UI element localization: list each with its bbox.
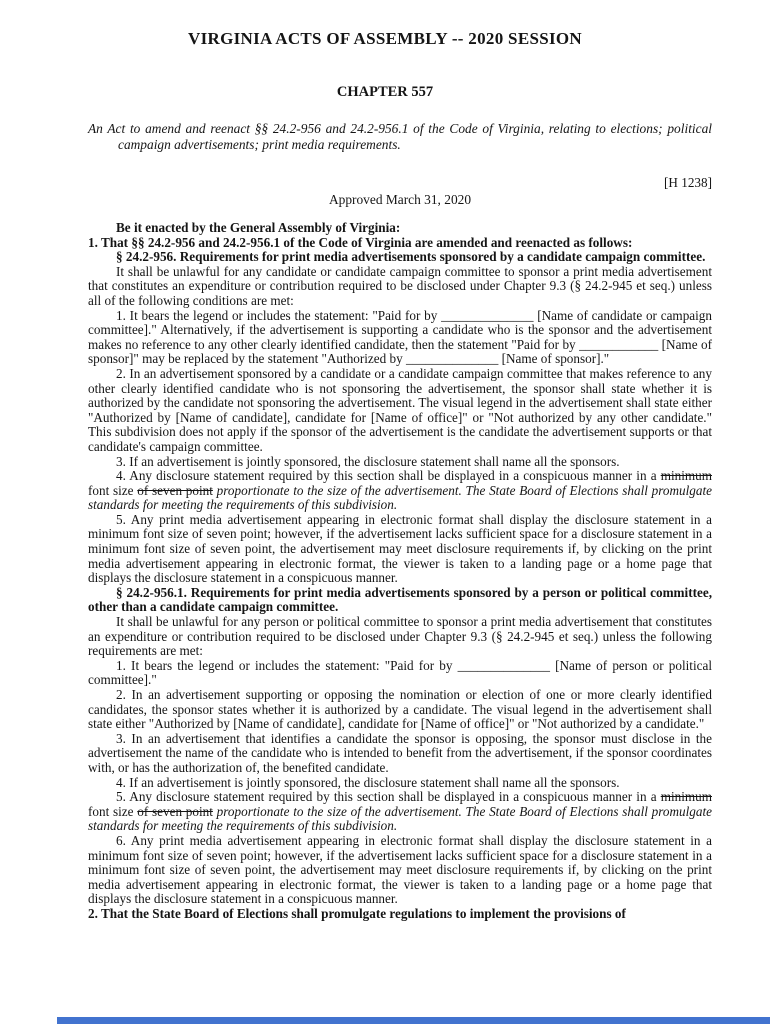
document-page: VIRGINIA ACTS OF ASSEMBLY -- 2020 SESSIO… <box>0 0 770 1024</box>
act-body: Be it enacted by the General Assembly of… <box>88 221 712 922</box>
956-1-item-6: 6. Any print media advertisement appeari… <box>88 834 712 907</box>
bill-number: [H 1238] <box>88 175 712 191</box>
act-description: An Act to amend and reenact §§ 24.2-956 … <box>88 121 712 152</box>
956-item-5: 5. Any print media advertisement appeari… <box>88 513 712 586</box>
chapter-heading: CHAPTER 557 <box>0 84 770 101</box>
956-item-2: 2. In an advertisement sponsored by a ca… <box>88 367 712 455</box>
enacting-clause: Be it enacted by the General Assembly of… <box>88 221 712 236</box>
956-intro: It shall be unlawful for any candidate o… <box>88 265 712 309</box>
956-item-1: 1. It bears the legend or includes the s… <box>88 309 712 367</box>
956-item-3: 3. If an advertisement is jointly sponso… <box>88 455 712 470</box>
956-1-item-3: 3. In an advertisement that identifies a… <box>88 732 712 776</box>
heading-24-2-956-1: § 24.2-956.1. Requirements for print med… <box>88 586 712 615</box>
956-1-item-1: 1. It bears the legend or includes the s… <box>88 659 712 688</box>
956-1-item-2: 2. In an advertisement supporting or opp… <box>88 688 712 732</box>
section-1-lead: 1. That §§ 24.2-956 and 24.2-956.1 of th… <box>88 236 712 251</box>
approved-date: Approved March 31, 2020 <box>88 192 712 208</box>
section-2-lead: 2. That the State Board of Elections sha… <box>88 907 712 922</box>
956-1-intro: It shall be unlawful for any person or p… <box>88 615 712 659</box>
956-1-item-5: 5. Any disclosure statement required by … <box>88 790 712 834</box>
956-1-item-4: 4. If an advertisement is jointly sponso… <box>88 776 712 791</box>
heading-24-2-956: § 24.2-956. Requirements for print media… <box>88 250 712 265</box>
selection-highlight-bar <box>57 1017 770 1024</box>
956-item-4: 4. Any disclosure statement required by … <box>88 469 712 513</box>
page-title: VIRGINIA ACTS OF ASSEMBLY -- 2020 SESSIO… <box>0 0 770 49</box>
